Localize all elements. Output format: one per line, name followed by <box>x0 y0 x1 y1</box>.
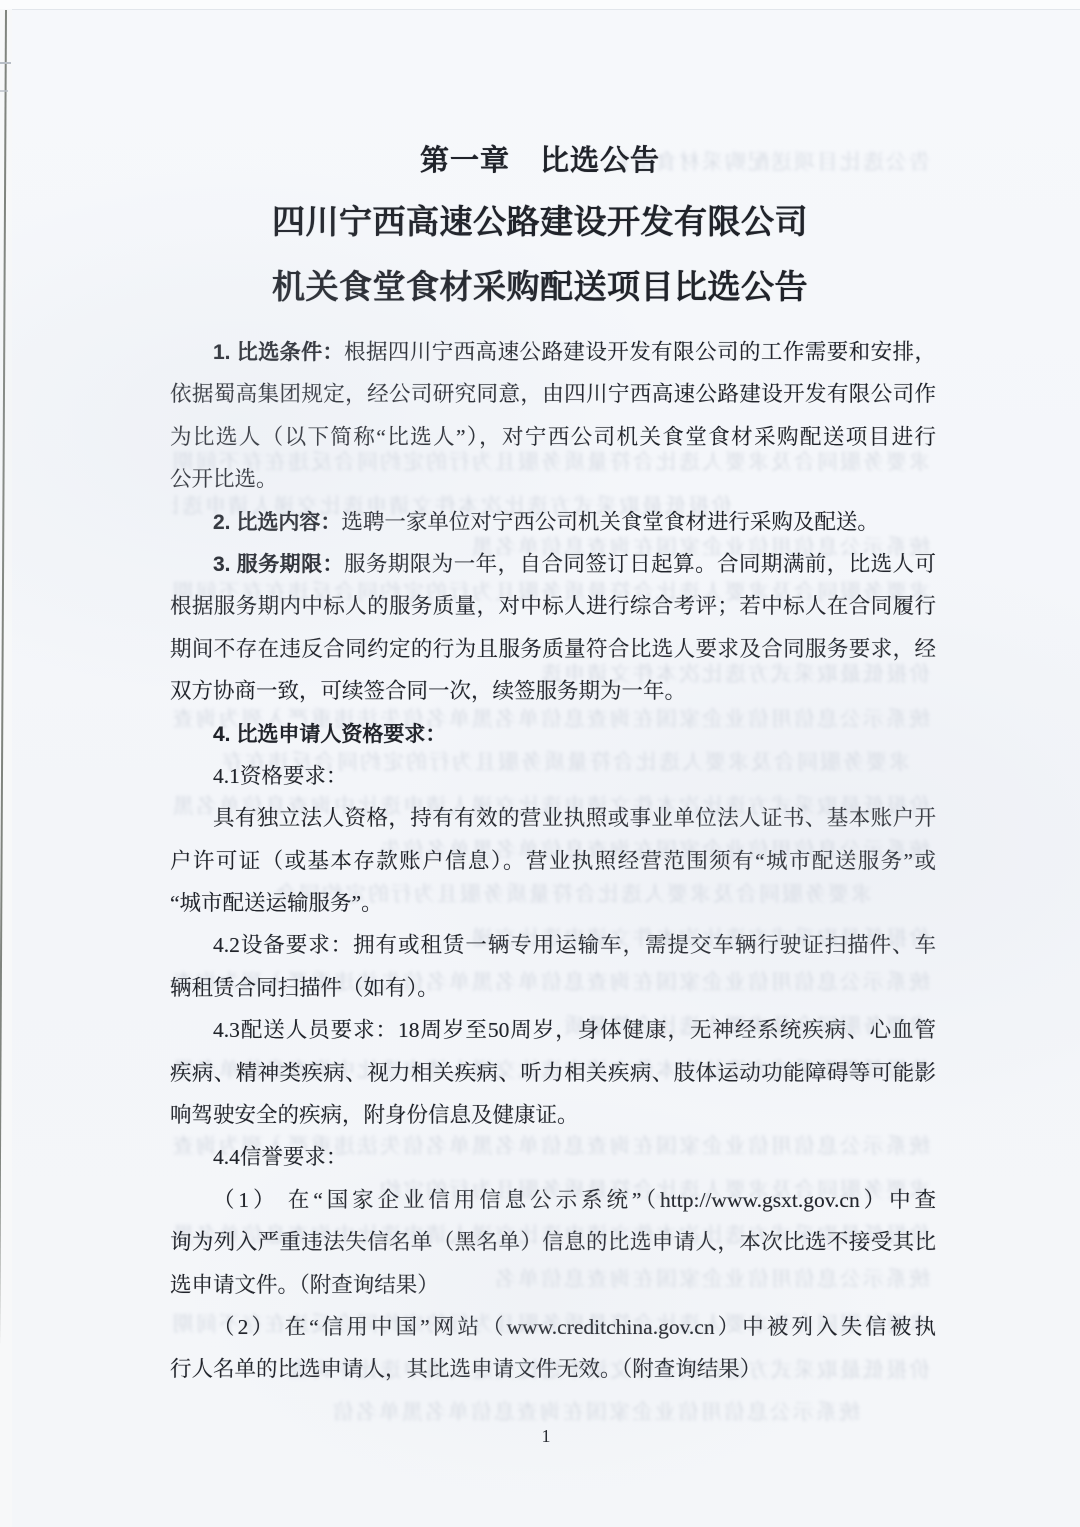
body-line-text: 选申请文件。（附查询结果） <box>170 1273 439 1297</box>
body-line-text: 期间不存在违反合同约定的行为且服务质量符合比选人要求及合同服务要求，经 <box>170 637 936 661</box>
body-line: 3. 服务期限：服务期限为一年，自合同签订日起算。合同期满前，比选人可 <box>170 543 936 585</box>
body-line: 询为列入严重违法失信名单（黑名单）信息的比选申请人，本次比选不接受其比 <box>170 1221 936 1263</box>
body-line-text: 公开比选。 <box>170 467 278 491</box>
body-line-text: 根据服务期内中标人的服务质量，对中标人进行综合考评；若中标人在合同履行 <box>170 594 936 618</box>
body-line-label: 2. 比选内容： <box>213 511 341 534</box>
body-line: 期间不存在违反合同约定的行为且服务质量符合比选人要求及合同服务要求，经 <box>170 628 936 670</box>
body-line-label: 1. 比选条件： <box>213 341 344 364</box>
body-line: 2. 比选内容：选聘一家单位对宁西公司机关食堂食材进行采购及配送。 <box>170 501 936 543</box>
body-line-text: 具有独立法人资格，持有有效的营业执照或事业单位法人证书、基本账户开 <box>213 806 936 830</box>
body-line-text: 询为列入严重违法失信名单（黑名单）信息的比选申请人，本次比选不接受其比 <box>170 1230 936 1254</box>
project-title: 机关食堂食材采购配送项目比选公告 <box>0 261 1080 308</box>
body-line-text: “城市配送运输服务”。 <box>170 891 383 915</box>
scan-edge-top <box>0 0 1080 10</box>
body-line-text: 辆租赁合同扫描件（如有）。 <box>170 976 439 1000</box>
body-line: 具有独立法人资格，持有有效的营业执照或事业单位法人证书、基本账户开 <box>170 797 936 839</box>
body-line-text: 服务期限为一年，自合同签订日起算。合同期满前，比选人可 <box>344 552 936 576</box>
scanned-document-page: 告公选比目项送配购采材食堂食关机求要务服同合及求要人选比合符量质务服且为行的定约… <box>0 0 1080 1527</box>
scan-tick <box>0 62 11 64</box>
scan-tick <box>0 90 8 92</box>
body-line: 疾病、精神类疾病、视力相关疾病、听力相关疾病、肢体运动功能障碍等可能影 <box>170 1052 936 1094</box>
body-line: “城市配送运输服务”。 <box>170 882 936 924</box>
body-line: 1. 比选条件：根据四川宁西高速公路建设开发有限公司的工作需要和安排， <box>170 331 936 373</box>
body-line: 公开比选。 <box>170 458 936 500</box>
body-line: 为比选人（以下简称“比选人”），对宁西公司机关食堂食材采购配送项目进行 <box>170 416 936 458</box>
body-line: 根据服务期内中标人的服务质量，对中标人进行综合考评；若中标人在合同履行 <box>170 585 936 627</box>
body-line: 选申请文件。（附查询结果） <box>170 1264 936 1306</box>
body-line-text: 户许可证（或基本存款账户信息）。营业执照经营范围须有“城市配送服务”或 <box>170 849 936 873</box>
body-line-text: 选聘一家单位对宁西公司机关食堂食材进行采购及配送。 <box>341 510 879 534</box>
body-line-text: 响驾驶安全的疾病，附身份信息及健康证。 <box>170 1103 579 1127</box>
bleed-through-line: 统系示公息信用信业企家国在询查息信单名黑单名信 <box>300 1398 860 1426</box>
body-line: 依据蜀高集团规定，经公司研究同意，由四川宁西高速公路建设开发有限公司作 <box>170 373 936 415</box>
body-line: 4.4信誉要求： <box>170 1136 936 1178</box>
body-line-text: 根据四川宁西高速公路建设开发有限公司的工作需要和安排， <box>344 340 936 364</box>
body-line-text: 双方协商一致，可续签合同一次，续签服务期为一年。 <box>170 679 686 703</box>
body-line-text: （2） 在“信用中国”网站（www.creditchina.gov.cn）中被列… <box>213 1315 936 1339</box>
body-line-text: 4.4信誉要求： <box>213 1145 347 1169</box>
body-line: 4.2设备要求：拥有或租赁一辆专用运输车，需提交车辆行驶证扫描件、车 <box>170 924 936 966</box>
body-line-label: 4. 比选申请人资格要求： <box>213 723 446 746</box>
body-line: （1） 在“国家企业信用信息公示系统”（http://www.gsxt.gov.… <box>170 1179 936 1221</box>
announcement-body: 1. 比选条件：根据四川宁西高速公路建设开发有限公司的工作需要和安排，依据蜀高集… <box>170 331 936 1391</box>
body-line-text: 依据蜀高集团规定，经公司研究同意，由四川宁西高速公路建设开发有限公司作 <box>170 382 936 406</box>
body-line: 4. 比选申请人资格要求： <box>170 713 936 755</box>
body-line: 4.3配送人员要求：18周岁至50周岁，身体健康，无神经系统疾病、心血管 <box>170 1009 936 1051</box>
body-line-text: 为比选人（以下简称“比选人”），对宁西公司机关食堂食材采购配送项目进行 <box>170 425 936 449</box>
chapter-title: 第一章 比选公告 <box>0 138 1080 179</box>
body-line-text: 行人名单的比选申请人，其比选申请文件无效。（附查询结果） <box>170 1357 761 1381</box>
body-line-text: 4.2设备要求：拥有或租赁一辆专用运输车，需提交车辆行驶证扫描件、车 <box>213 933 936 957</box>
body-line-text: （1） 在“国家企业信用信息公示系统”（http://www.gsxt.gov.… <box>213 1188 936 1212</box>
body-line-text: 4.3配送人员要求：18周岁至50周岁，身体健康，无神经系统疾病、心血管 <box>213 1018 936 1042</box>
body-line: 双方协商一致，可续签合同一次，续签服务期为一年。 <box>170 670 936 712</box>
body-line-text: 疾病、精神类疾病、视力相关疾病、听力相关疾病、肢体运动功能障碍等可能影 <box>170 1061 936 1085</box>
body-line-text: 4.1资格要求： <box>213 764 347 788</box>
body-line: 响驾驶安全的疾病，附身份信息及健康证。 <box>170 1094 936 1136</box>
body-line: 户许可证（或基本存款账户信息）。营业执照经营范围须有“城市配送服务”或 <box>170 840 936 882</box>
body-line-label: 3. 服务期限： <box>213 553 344 576</box>
body-line: 4.1资格要求： <box>170 755 936 797</box>
body-line: 行人名单的比选申请人，其比选申请文件无效。（附查询结果） <box>170 1348 936 1390</box>
company-title: 四川宁西高速公路建设开发有限公司 <box>0 196 1080 243</box>
body-line: 辆租赁合同扫描件（如有）。 <box>170 967 936 1009</box>
page-number: 1 <box>6 1426 1080 1447</box>
body-line: （2） 在“信用中国”网站（www.creditchina.gov.cn）中被列… <box>170 1306 936 1348</box>
